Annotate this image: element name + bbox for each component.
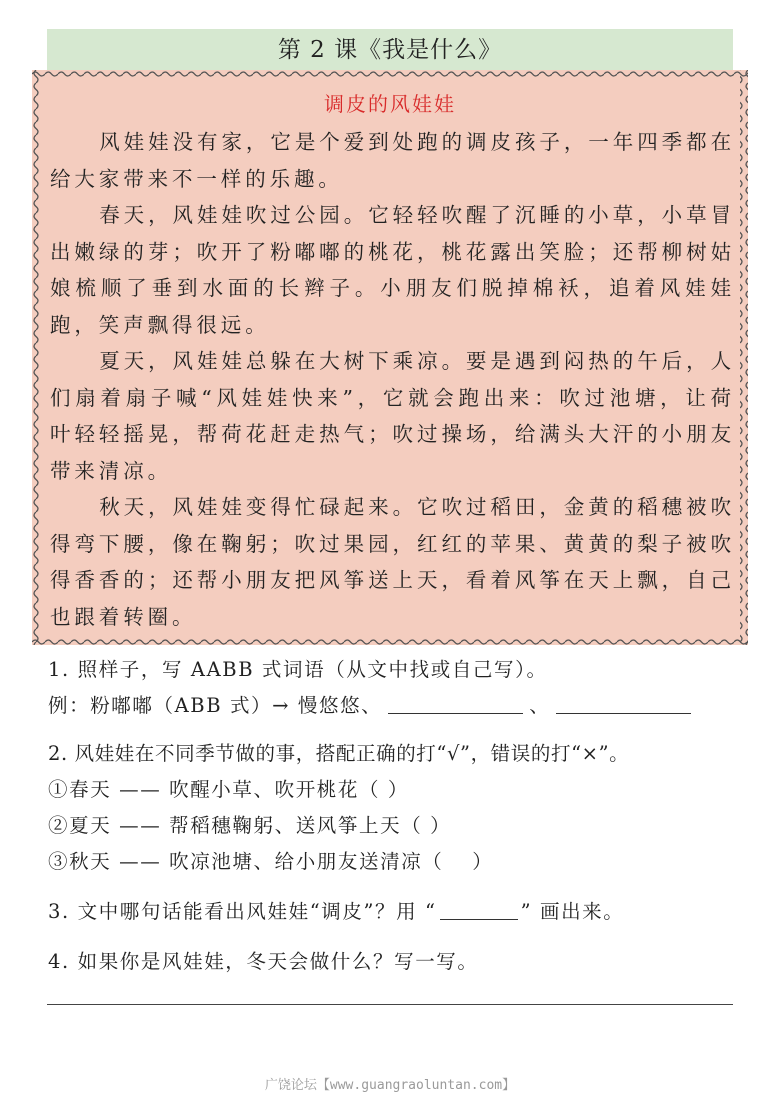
underline-sample — [440, 900, 518, 920]
question-2-item-2[interactable]: ②夏天 —— 帮稻穗鞠躬、送风筝上天（ ） — [48, 808, 738, 844]
question-4-prompt: 4. 如果你是风娃娃，冬天会做什么？写一写。 — [48, 944, 738, 980]
paragraph-summer: 夏天，风娃娃总躲在大树下乘凉。要是遇到闷热的午后，人们扇着扇子喊“风娃娃快来”，… — [50, 343, 735, 489]
question-1-example: 例：粉嘟嘟（ABB 式）→ 慢悠悠、、 — [48, 688, 738, 724]
question-1-example-text: 例：粉嘟嘟（ABB 式）→ 慢悠悠、 — [48, 694, 382, 717]
paragraph-spring: 春天，风娃娃吹过公园。它轻轻吹醒了沉睡的小草，小草冒出嫩绿的芽；吹开了粉嘟嘟的桃… — [50, 197, 735, 343]
question-2-prompt: 2. 风娃娃在不同季节做的事，搭配正确的打“√”，错误的打“×”。 — [48, 736, 738, 772]
question-2-item-3[interactable]: ③秋天 —— 吹凉池塘、给小朋友送清凉（ ） — [48, 844, 738, 880]
question-3-prompt-end: ” 画出来。 — [521, 900, 625, 923]
exercise-questions: 1. 照样子，写 AABB 式词语（从文中找或自己写）。 例：粉嘟嘟（ABB 式… — [48, 652, 738, 980]
question-1-prompt: 1. 照样子，写 AABB 式词语（从文中找或自己写）。 — [48, 652, 738, 688]
lesson-title: 第 2 课《我是什么》 — [278, 37, 502, 63]
separator: 、 — [529, 694, 550, 717]
watermark-footer: 广饶论坛【www.guangraoluntan.com】 — [0, 1074, 780, 1093]
question-3: 3. 文中哪句话能看出风娃娃“调皮”？用 “” 画出来。 — [48, 894, 738, 930]
question-3-prompt: 3. 文中哪句话能看出风娃娃“调皮”？用 “ — [48, 900, 437, 923]
lesson-header: 第 2 课《我是什么》 — [47, 29, 733, 71]
reading-title: 调皮的风娃娃 — [32, 88, 748, 117]
answer-blank-1[interactable] — [388, 694, 523, 714]
paragraph-autumn: 秋天，风娃娃变得忙碌起来。它吹过稻田，金黄的稻穗被吹得弯下腰，像在鞠躬；吹过果园… — [50, 489, 735, 635]
reading-passage-box: 调皮的风娃娃 风娃娃没有家，它是个爱到处跑的调皮孩子，一年四季都在给大家带来不一… — [32, 70, 748, 645]
answer-blank-2[interactable] — [556, 694, 691, 714]
reading-passage: 风娃娃没有家，它是个爱到处跑的调皮孩子，一年四季都在给大家带来不一样的乐趣。 春… — [50, 124, 735, 635]
paragraph-intro: 风娃娃没有家，它是个爱到处跑的调皮孩子，一年四季都在给大家带来不一样的乐趣。 — [50, 124, 735, 197]
question-4-answer-line[interactable] — [47, 1004, 733, 1005]
question-2-item-1[interactable]: ①春天 —— 吹醒小草、吹开桃花（ ） — [48, 772, 738, 808]
